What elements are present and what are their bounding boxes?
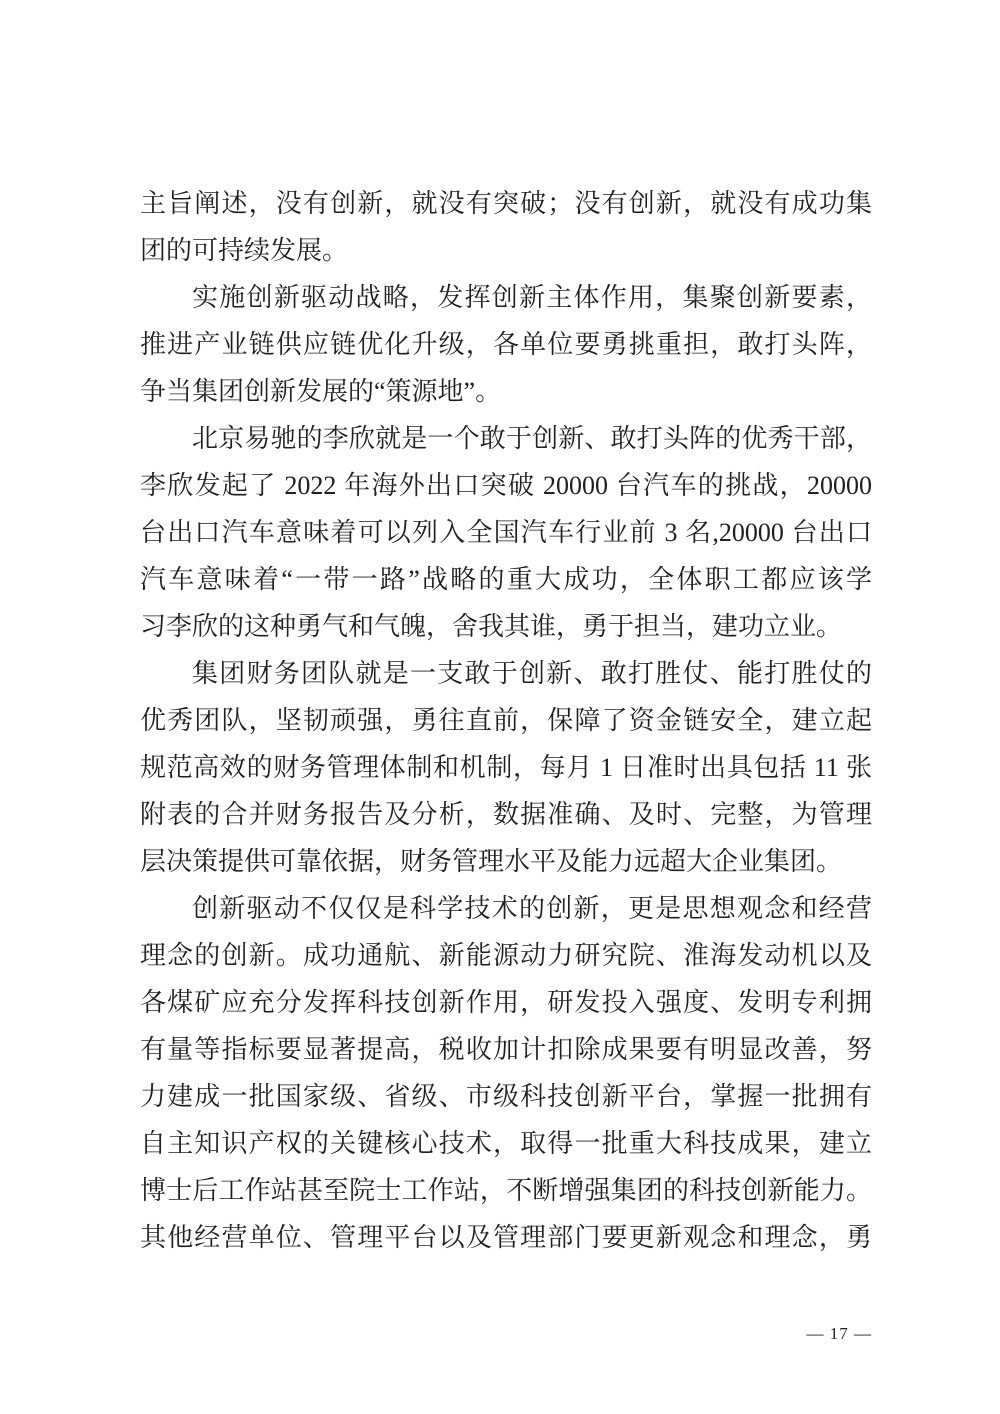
text-line: 自主知识产权的关键核心技术，取得一批重大科技成果，建立 (140, 1120, 872, 1167)
paragraph: 北京易驰的李欣就是一个敢于创新、敢打头阵的优秀干部， 李欣发起了 2022 年海… (140, 415, 872, 650)
text-line: 实施创新驱动战略，发挥创新主体作用，集聚创新要素， (140, 274, 872, 321)
text-line: 力建成一批国家级、省级、市级科技创新平台，掌握一批拥有 (140, 1073, 872, 1120)
text-line: 其他经营单位、管理平台以及管理部门要更新观念和理念，勇 (140, 1214, 872, 1261)
text-line: 博士后工作站甚至院士工作站，不断增强集团的科技创新能力。 (140, 1167, 872, 1214)
text-line: 创新驱动不仅仅是科学技术的创新，更是思想观念和经营 (140, 885, 872, 932)
document-body: 主旨阐述，没有创新，就没有突破；没有创新，就没有成功集 团的可持续发展。 实施创… (140, 180, 872, 1261)
text-line: 各煤矿应充分发挥科技创新作用，研发投入强度、发明专利拥 (140, 979, 872, 1026)
text-line: 推进产业链供应链优化升级，各单位要勇挑重担，敢打头阵， (140, 321, 872, 368)
text-line: 规范高效的财务管理体制和机制，每月 1 日准时出具包括 11 张 (140, 744, 872, 791)
text-line: 附表的合并财务报告及分析，数据准确、及时、完整，为管理 (140, 791, 872, 838)
paragraph: 集团财务团队就是一支敢于创新、敢打胜仗、能打胜仗的 优秀团队，坚韧顽强，勇往直前… (140, 650, 872, 885)
text-line: 团的可持续发展。 (140, 227, 872, 274)
text-line: 争当集团创新发展的“策源地”。 (140, 368, 872, 415)
text-line: 习李欣的这种勇气和气魄，舍我其谁，勇于担当，建功立业。 (140, 603, 872, 650)
text-line: 台出口汽车意味着可以列入全国汽车行业前 3 名,20000 台出口 (140, 509, 872, 556)
text-line: 北京易驰的李欣就是一个敢于创新、敢打头阵的优秀干部， (140, 415, 872, 462)
paragraph: 主旨阐述，没有创新，就没有突破；没有创新，就没有成功集 团的可持续发展。 (140, 180, 872, 274)
text-line: 理念的创新。成功通航、新能源动力研究院、淮海发动机以及 (140, 932, 872, 979)
text-line: 有量等指标要显著提高，税收加计扣除成果要有明显改善，努 (140, 1026, 872, 1073)
document-page: 主旨阐述，没有创新，就没有突破；没有创新，就没有成功集 团的可持续发展。 实施创… (0, 0, 1000, 1414)
paragraph: 实施创新驱动战略，发挥创新主体作用，集聚创新要素， 推进产业链供应链优化升级，各… (140, 274, 872, 415)
page-number: — 17 — (140, 1322, 872, 1346)
text-line: 优秀团队，坚韧顽强，勇往直前，保障了资金链安全，建立起 (140, 697, 872, 744)
text-line: 汽车意味着“一带一路”战略的重大成功，全体职工都应该学 (140, 556, 872, 603)
text-line: 集团财务团队就是一支敢于创新、敢打胜仗、能打胜仗的 (140, 650, 872, 697)
paragraph: 创新驱动不仅仅是科学技术的创新，更是思想观念和经营 理念的创新。成功通航、新能源… (140, 885, 872, 1261)
text-line: 李欣发起了 2022 年海外出口突破 20000 台汽车的挑战，20000 (140, 462, 872, 509)
text-line: 主旨阐述，没有创新，就没有突破；没有创新，就没有成功集 (140, 180, 872, 227)
text-line: 层决策提供可靠依据，财务管理水平及能力远超大企业集团。 (140, 838, 872, 885)
